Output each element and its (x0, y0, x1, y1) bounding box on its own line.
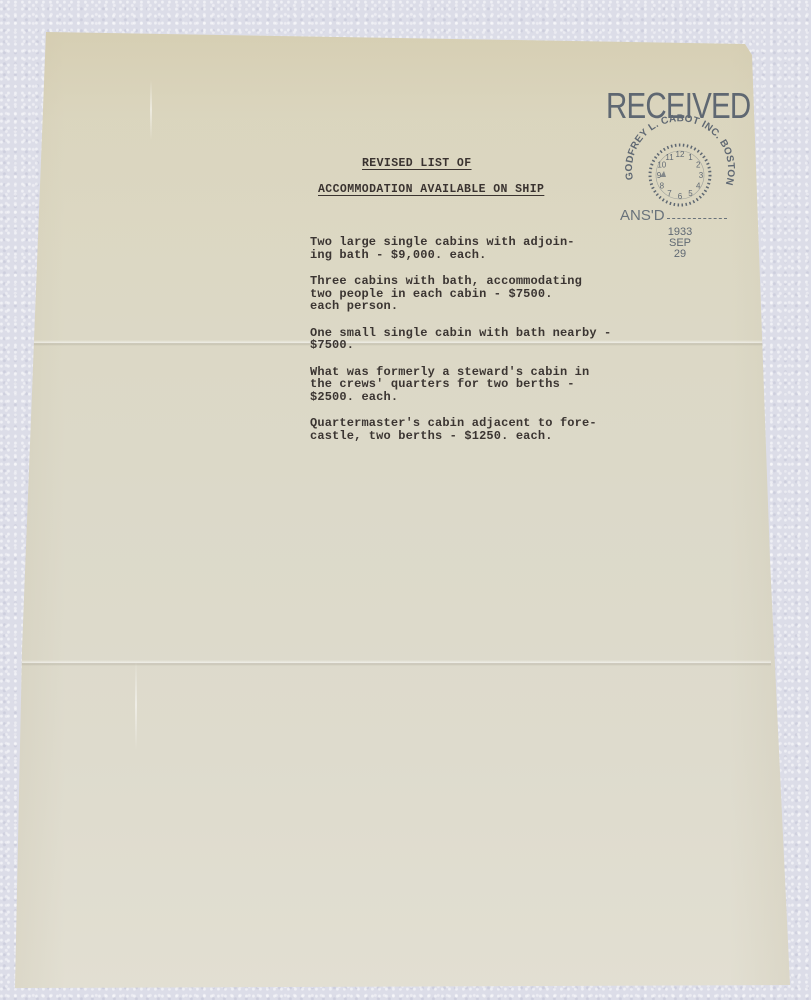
list-item-large-single-cabins: Two large single cabins with adjoin- ing… (310, 236, 650, 261)
stamp-clock-number: 11 (665, 153, 674, 162)
stamp-date-day: 29 (660, 249, 700, 260)
stamp-clock-number: 2 (696, 161, 701, 170)
accommodation-list: Two large single cabins with adjoin- ing… (310, 236, 650, 456)
list-item-three-cabins: Three cabins with bath, accommodating tw… (310, 275, 650, 313)
photo-scene: REVISED LIST OF ACCOMMODATION AVAILABLE … (0, 0, 811, 1000)
document-title-line-1: REVISED LIST OF (362, 157, 472, 170)
stamp-clock-number: 7 (667, 189, 672, 198)
stamp-answered-blank (667, 218, 727, 219)
stamp-answered: ANS'D (620, 207, 727, 224)
crease-mark (150, 80, 152, 140)
list-item-stewards-cabin: What was formerly a steward's cabin in t… (310, 366, 650, 404)
document-title-line-2: ACCOMMODATION AVAILABLE ON SHIP (318, 183, 544, 196)
list-item-quartermasters-cabin: Quartermaster's cabin adjacent to fore- … (310, 417, 650, 442)
stamp-clock-number: 12 (676, 150, 685, 159)
received-stamp: RECEIVED GODFREY L. CABOT INC. BOSTON OF… (600, 85, 760, 275)
stamp-clock-number: 4 (696, 182, 701, 191)
stamp-answered-label: ANS'D (620, 207, 665, 224)
stamp-clock-number: 1 (688, 153, 693, 162)
stamp-clock-number: 5 (688, 189, 693, 198)
stamp-clock-number: 3 (699, 171, 704, 180)
stamp-clock-number: 8 (660, 182, 665, 191)
crease-mark (135, 660, 137, 750)
stamp-clock-number: 6 (678, 192, 683, 201)
stamp-date: 1933 SEP 29 (660, 227, 700, 260)
stamp-clock-number: 10 (657, 161, 666, 170)
list-item-small-single-cabin: One small single cabin with bath nearby … (310, 327, 650, 352)
